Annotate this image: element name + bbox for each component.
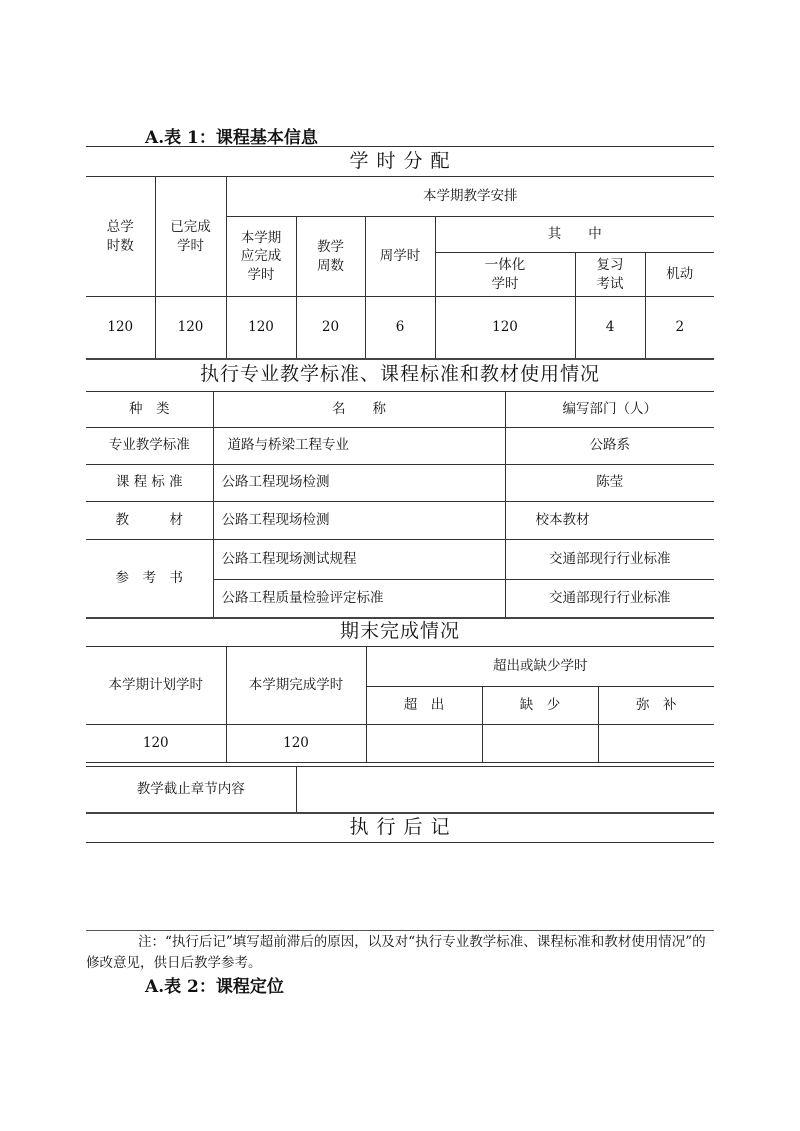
- table-row: 参 考 书 公路工程现场测试规程 交通部现行行业标准: [86, 539, 714, 579]
- cell-dept: 交通部现行行业标准: [505, 579, 714, 617]
- cell-completed: 120: [155, 297, 226, 359]
- cell-completed: 120: [226, 724, 366, 762]
- header-integrated: 一体化 学时: [435, 253, 575, 297]
- header-dept: 编写部门（人）: [505, 391, 714, 427]
- cell-dept: 公路系: [505, 427, 714, 464]
- course-info-table: 学 时 分 配 总学 时数 已完成 学时 本学期教学安排 本学期 应完成 学时 …: [86, 146, 714, 359]
- cell-planned: 120: [86, 724, 226, 762]
- header-review-exam: 复习 考试: [575, 253, 645, 297]
- header-completed: 本学期完成学时: [226, 646, 366, 724]
- cell-type: 专业教学标准: [86, 427, 213, 464]
- header-weekly-hours: 周学时: [365, 217, 435, 297]
- section-title-completion: 期末完成情况: [86, 618, 714, 646]
- header-over: 超 出: [366, 686, 482, 724]
- cell-makeup[interactable]: [598, 724, 714, 762]
- table-row: 课 程 标 准 公路工程现场检测 陈莹: [86, 464, 714, 501]
- standards-table: 执行专业教学标准、课程标准和教材使用情况 种 类 名 称 编写部门（人） 专业教…: [86, 358, 714, 618]
- cell-name: 公路工程质量检验评定标准: [213, 579, 505, 617]
- table-row: 120 120: [86, 724, 714, 762]
- table1-caption: A.表 1：课程基本信息: [145, 123, 318, 148]
- header-should-complete: 本学期 应完成 学时: [226, 217, 296, 297]
- cell-name: 公路工程现场检测: [213, 501, 505, 539]
- cell-over[interactable]: [366, 724, 482, 762]
- afterword-table: 执 行 后 记: [86, 812, 714, 931]
- table-row: 专业教学标准 道路与桥梁工程专业 公路系: [86, 427, 714, 464]
- header-completed-hours: 已完成 学时: [155, 177, 226, 297]
- cell-flexible: 2: [645, 297, 714, 359]
- header-short: 缺 少: [482, 686, 598, 724]
- header-over-short: 超出或缺少学时: [366, 646, 714, 686]
- cell-name: 公路工程现场测试规程: [213, 539, 505, 579]
- table-row: 教 材 公路工程现场检测 校本教材: [86, 501, 714, 539]
- cell-weekly-hours: 6: [365, 297, 435, 359]
- cell-dept: 校本教材: [505, 501, 714, 539]
- cell-integrated: 120: [435, 297, 575, 359]
- section-title-hours: 学 时 分 配: [86, 147, 714, 177]
- cutoff-value[interactable]: [296, 767, 714, 813]
- header-of-which: 其 中: [435, 217, 714, 253]
- header-type: 种 类: [86, 391, 213, 427]
- table2-caption: A.表 2：课程定位: [145, 972, 284, 997]
- cell-type: 教 材: [86, 501, 213, 539]
- header-flexible: 机动: [645, 253, 714, 297]
- cell-type: 参 考 书: [86, 539, 213, 617]
- header-weeks: 教学 周数: [296, 217, 365, 297]
- cutoff-label: 教学截止章节内容: [86, 767, 296, 813]
- cell-dept: 交通部现行行业标准: [505, 539, 714, 579]
- section-title-standards: 执行专业教学标准、课程标准和教材使用情况: [86, 359, 714, 391]
- table-row: 120 120 120 20 6 120 4 2: [86, 297, 714, 359]
- section-title-afterword: 执 行 后 记: [86, 813, 714, 842]
- header-name: 名 称: [213, 391, 505, 427]
- cell-name: 道路与桥梁工程专业: [213, 427, 505, 464]
- cutoff-table: 教学截止章节内容: [86, 766, 714, 813]
- cell-review-exam: 4: [575, 297, 645, 359]
- header-total-hours: 总学 时数: [86, 177, 155, 297]
- header-semester-plan: 本学期教学安排: [226, 177, 714, 217]
- cell-total: 120: [86, 297, 155, 359]
- completion-table: 期末完成情况 本学期计划学时 本学期完成学时 超出或缺少学时 超 出 缺 少 弥…: [86, 617, 714, 763]
- footnote: 注：“执行后记”填写超前滞后的原因，以及对“执行专业教学标准、课程标准和教材使用…: [86, 932, 714, 974]
- cell-weeks: 20: [296, 297, 365, 359]
- cell-name: 公路工程现场检测: [213, 464, 505, 501]
- header-makeup: 弥 补: [598, 686, 714, 724]
- afterword-content[interactable]: [86, 842, 714, 930]
- cell-dept: 陈莹: [505, 464, 714, 501]
- cell-short[interactable]: [482, 724, 598, 762]
- cell-type: 课 程 标 准: [86, 464, 213, 501]
- cell-should-complete: 120: [226, 297, 296, 359]
- header-planned: 本学期计划学时: [86, 646, 226, 724]
